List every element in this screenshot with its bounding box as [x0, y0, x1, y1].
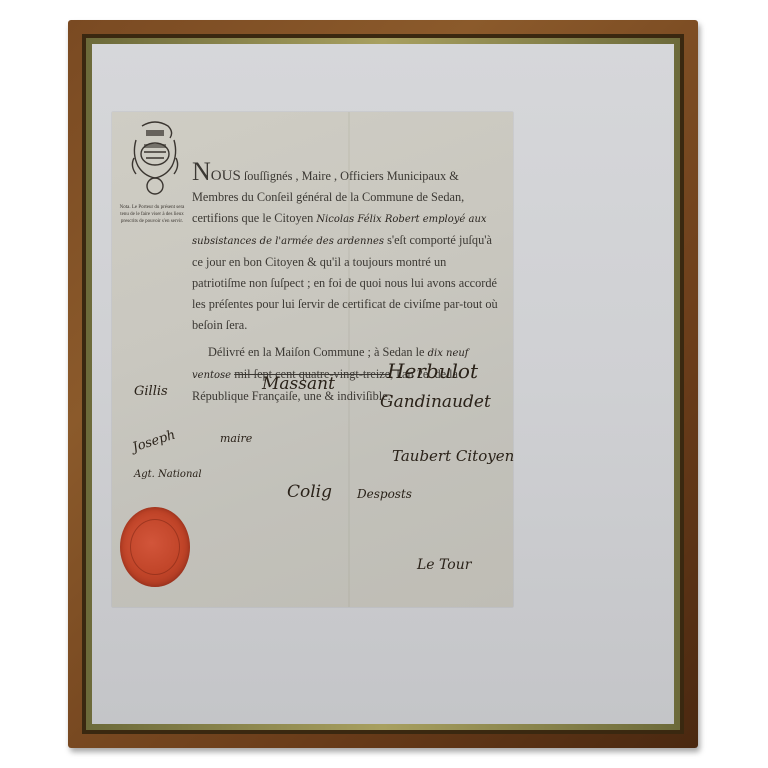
certificate-paragraph-1: NOUS ſouſſignés , Maire , Officiers Muni… — [192, 162, 502, 336]
signature-agent-national: Agt. National — [134, 469, 202, 480]
nota-text: Nota. Le Porteur du présent sera tenu de… — [116, 204, 188, 225]
heading-initial: N — [192, 157, 211, 186]
signature-maire: maire — [220, 432, 252, 445]
certificate-document: Nota. Le Porteur du présent sera tenu de… — [112, 112, 513, 607]
signature-desposts: Desposts — [357, 487, 412, 501]
signature-massant: Massant — [262, 374, 335, 394]
certificate-line-2: s'eſt comporté juſqu'à ce jour en bon Ci… — [192, 233, 498, 332]
signature-taubert: Taubert Citoyen — [392, 447, 514, 465]
republican-emblem-icon — [124, 118, 186, 196]
signature-herbulot: Herbulot — [387, 359, 478, 383]
delivered-prefix: Délivré en la Maiſon Commune ; à Sedan l… — [208, 345, 428, 359]
signature-gillis: Gillis — [134, 384, 168, 399]
signature-gandinaudet: Gandinaudet — [380, 392, 491, 412]
heading-caps: OUS — [211, 168, 241, 184]
signature-joseph: Joseph — [131, 428, 178, 456]
signature-colig: Colig — [287, 482, 332, 502]
red-wax-seal — [120, 507, 190, 587]
signature-le-tour: Le Tour — [417, 557, 471, 573]
